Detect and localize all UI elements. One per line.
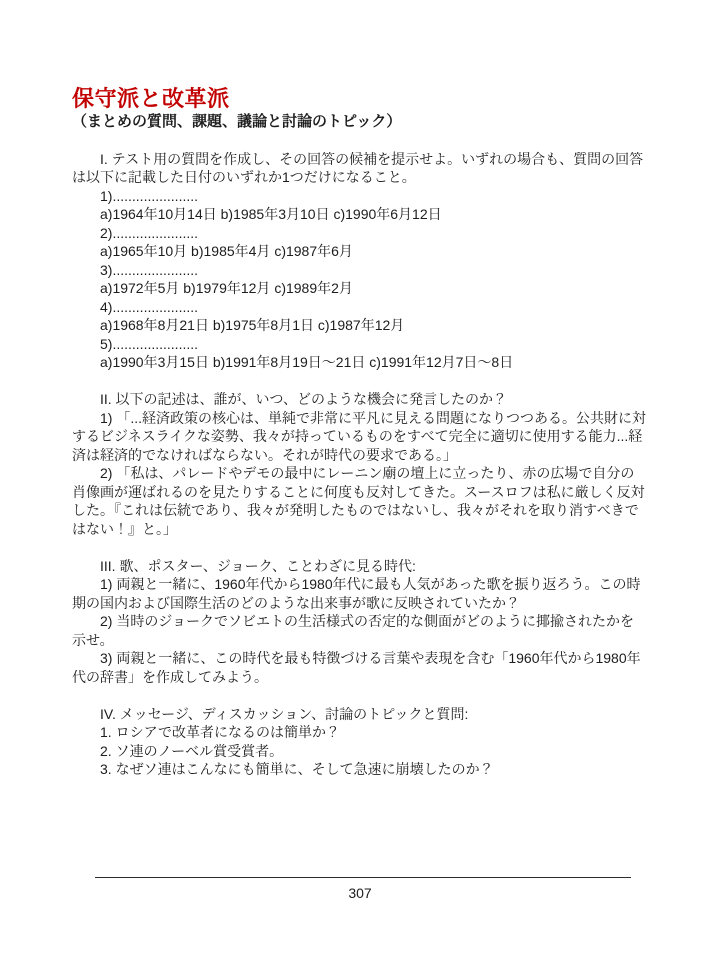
page-content: 保守派と改革派 （まとめの質問、課題、議論と討論のトピック） I. テスト用の質… <box>72 86 648 779</box>
section-2-quote-2: 2) 「私は、パレードやデモの最中にレーニン廟の壇上に立ったり、赤の広場で自分の… <box>72 464 648 538</box>
page-title: 保守派と改革派 <box>72 86 648 111</box>
date-question-2-options: a)1965年10月 b)1985年4月 c)1987年6月 <box>72 242 648 261</box>
date-question-1-label: 1)...................... <box>72 187 648 206</box>
date-question-4-options: a)1968年8月21日 b)1975年8月1日 c)1987年12月 <box>72 316 648 335</box>
section-4-topic-3: 3. なぜソ連はこんなにも簡単に、そして急速に崩壊したのか？ <box>72 760 648 779</box>
section-2-quote-1: 1) 「...経済政策の核心は、単純で非常に平凡に見える問題になりつつある。公共… <box>72 409 648 465</box>
section-4-topic-1: 1. ロシアで改革者になるのは簡単か？ <box>72 723 648 742</box>
section-3-task-1: 1) 両親と一緒に、1960年代から1980年代に最も人気があった歌を振り返ろう… <box>72 575 648 612</box>
page-subtitle: （まとめの質問、課題、議論と討論のトピック） <box>72 113 648 131</box>
date-question-3-options: a)1972年5月 b)1979年12月 c)1989年2月 <box>72 279 648 298</box>
section-3-task-2: 2) 当時のジョークでソビエトの生活様式の否定的な側面がどのように揶揄されたかを… <box>72 612 648 649</box>
date-question-1-options: a)1964年10月14日 b)1985年3月10日 c)1990年6月12日 <box>72 205 648 224</box>
date-question-5-label: 5)...................... <box>72 335 648 354</box>
page-number: 307 <box>0 884 720 902</box>
section-3-task-3: 3) 両親と一緒に、この時代を最も特徴づける言葉や表現を含む「1960年代から1… <box>72 649 648 686</box>
section-1-intro: I. テスト用の質問を作成し、その回答の候補を提示せよ。いずれの場合も、質問の回… <box>72 150 648 187</box>
date-question-2-label: 2)...................... <box>72 224 648 243</box>
date-question-3-label: 3)...................... <box>72 261 648 280</box>
date-question-5-options: a)1990年3月15日 b)1991年8月19日～21日 c)1991年12月… <box>72 353 648 372</box>
footer-divider <box>95 877 631 878</box>
date-question-4-label: 4)...................... <box>72 298 648 317</box>
section-2-heading: II. 以下の記述は、誰が、いつ、どのような機会に発言したのか？ <box>72 390 648 409</box>
section-4-topic-2: 2. ソ連のノーベル賞受賞者。 <box>72 742 648 761</box>
section-4-heading: IV. メッセージ、ディスカッション、討論のトピックと質問: <box>72 705 648 724</box>
section-3-heading: III. 歌、ポスター、ジョーク、ことわざに見る時代: <box>72 557 648 576</box>
